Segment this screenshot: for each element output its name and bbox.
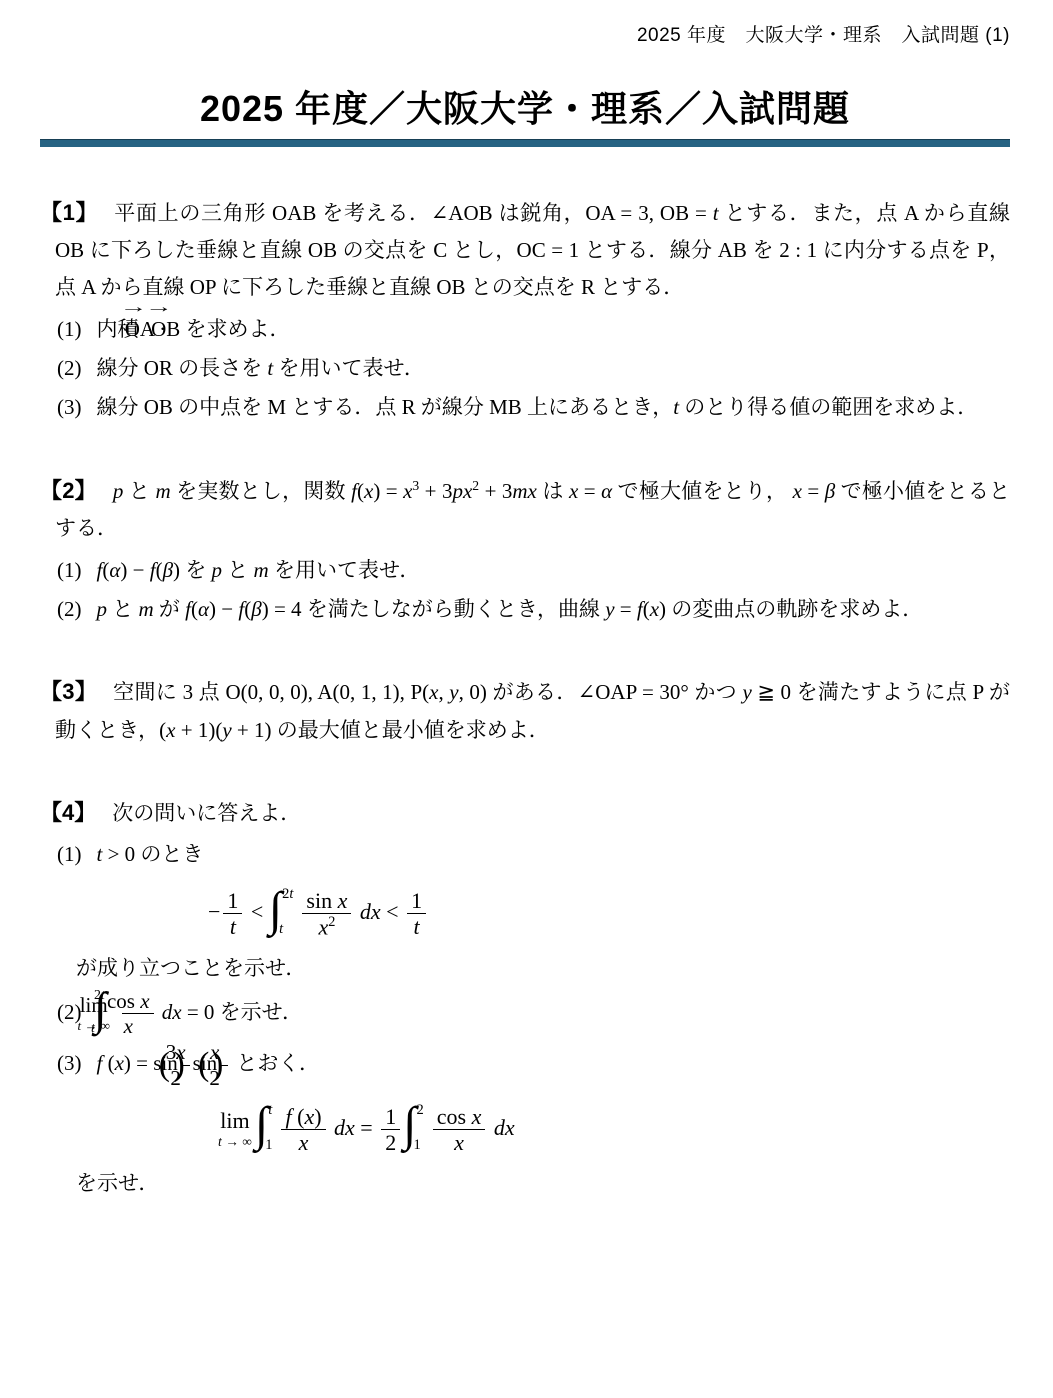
problem-1-items: (1)内積 →OA·→OB を求めよ． (2)線分 OR の長さを t を用いて… (40, 311, 1010, 427)
problem-2-items: (1)f(α) − f(β) を p と m を用いて表せ． (2)p と m … (40, 552, 1010, 629)
problem-1-statement: 【1】平面上の三角形 OAB を考える．∠AOB は鋭角，OA = 3, OB … (40, 193, 1010, 307)
problem-1-item-2: (2)線分 OR の長さを t を用いて表せ． (40, 350, 1010, 387)
problem-2-item-1: (1)f(α) − f(β) を p と m を用いて表せ． (40, 552, 1010, 589)
page-header-note: 2025 年度 大阪大学・理系 入試問題 (1) (40, 20, 1010, 47)
problem-2-label: 【2】 (40, 478, 97, 503)
problem-4-item-2: (2)limt → ∞∫2ttcos xx dx = 0 を示せ． (40, 989, 1010, 1038)
item-number: (1) (57, 558, 82, 582)
problem-4-display-2-after: を示せ． (40, 1165, 1010, 1202)
item-number: (3) (57, 395, 82, 419)
problem-4-item-3: (3)f (x) = sin(3x2)sin(x2) とおく． (40, 1040, 1010, 1089)
item-text: f (x) = sin(3x2)sin(x2) とおく． (97, 1051, 320, 1075)
problem-2-body: p と m を実数とし，関数 f(x) = x3 + 3px2 + 3mx は … (55, 479, 1010, 540)
item-text: 内積 →OA·→OB を求めよ． (97, 317, 291, 341)
page-title: 2025 年度／大阪大学・理系／入試問題 (40, 89, 1010, 129)
item-text: t > 0 のとき (97, 842, 204, 866)
problem-1-item-1: (1)内積 →OA·→OB を求めよ． (40, 311, 1010, 348)
problem-3-body: 空間に 3 点 O(0, 0, 0), A(0, 1, 1), P(x, y, … (55, 680, 1010, 741)
problem-4-display-equation-2: limt → ∞∫t1f (x)x dx = 12∫21cos xx dx (218, 1104, 1010, 1156)
item-text: p と m が f(α) − f(β) = 4 を満たしながら動くとき，曲線 y… (97, 597, 924, 621)
item-text: limt → ∞∫2ttcos xx dx = 0 を示せ． (97, 1000, 304, 1024)
item-text: 線分 OR の長さを t を用いて表せ． (97, 356, 425, 380)
problem-4-statement: 【4】次の問いに答えよ． (40, 793, 1010, 832)
item-number: (2) (57, 356, 82, 380)
problem-1: 【1】平面上の三角形 OAB を考える．∠AOB は鋭角，OA = 3, OB … (40, 193, 1010, 427)
item-number: (1) (57, 842, 82, 866)
problem-4: 【4】次の問いに答えよ． (1)t > 0 のとき −1t < ∫2ttsin … (40, 793, 1010, 1203)
problem-4-display-1-after: が成り立つことを示せ． (40, 950, 1010, 987)
problem-1-item-3: (3)線分 OB の中点を M とする．点 R が線分 MB 上にあるとき，t … (40, 389, 1010, 426)
problem-2-item-2: (2)p と m が f(α) − f(β) = 4 を満たしながら動くとき，曲… (40, 591, 1010, 628)
problem-3: 【3】空間に 3 点 O(0, 0, 0), A(0, 1, 1), P(x, … (40, 672, 1010, 749)
problem-3-statement: 【3】空間に 3 点 O(0, 0, 0), A(0, 1, 1), P(x, … (40, 672, 1010, 749)
problem-1-body: 平面上の三角形 OAB を考える．∠AOB は鋭角，OA = 3, OB = t… (55, 201, 1010, 300)
problem-4-display-equation-1: −1t < ∫2ttsin xx2 dx < 1t (208, 888, 1010, 940)
problem-3-label: 【3】 (40, 679, 97, 704)
problem-4-items: (1)t > 0 のとき −1t < ∫2ttsin xx2 dx < 1t が… (40, 836, 1010, 1202)
item-text: 線分 OB の中点を M とする．点 R が線分 MB 上にあるとき，t のとり… (97, 395, 979, 419)
item-number: (2) (57, 597, 82, 621)
problem-4-label: 【4】 (40, 800, 96, 825)
problem-4-body: 次の問いに答えよ． (112, 801, 301, 825)
title-underline-rule (40, 139, 1010, 147)
problem-1-label: 【1】 (40, 200, 98, 225)
problem-4-item-1: (1)t > 0 のとき (40, 836, 1010, 873)
problem-2-statement: 【2】p と m を実数とし，関数 f(x) = x3 + 3px2 + 3mx… (40, 471, 1010, 548)
item-text: f(α) − f(β) を p と m を用いて表せ． (97, 558, 421, 582)
item-number: (1) (57, 317, 82, 341)
exam-page: 2025 年度 大阪大学・理系 入試問題 (1) 2025 年度／大阪大学・理系… (0, 0, 1053, 1398)
problem-2: 【2】p と m を実数とし，関数 f(x) = x3 + 3px2 + 3mx… (40, 471, 1010, 629)
item-number: (3) (57, 1051, 82, 1075)
